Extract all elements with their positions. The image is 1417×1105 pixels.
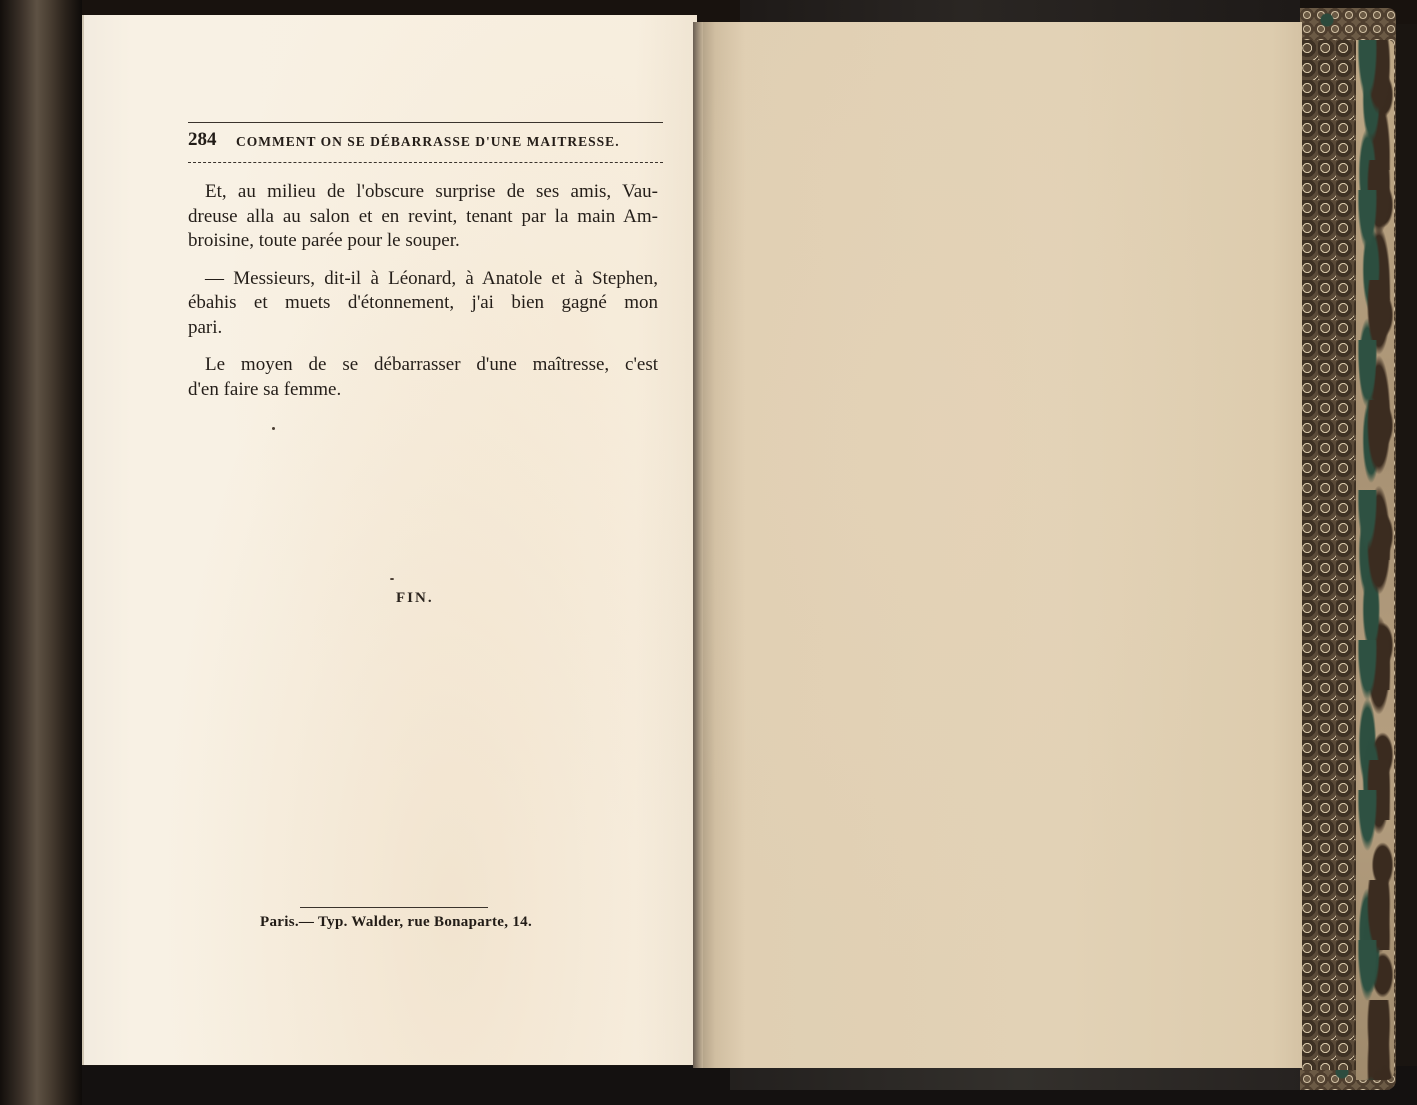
- text-line: broisine, toute parée pour le souper.: [188, 229, 658, 254]
- paragraph-3: Le moyen de se débarrasser d'une maîtres…: [188, 353, 658, 402]
- marbled-endpaper-strip: [1300, 40, 1357, 1070]
- page-number: 284: [188, 129, 217, 151]
- end-mark: FIN.: [396, 590, 434, 607]
- text-line: pari.: [188, 316, 658, 341]
- imprint-rule: [300, 907, 488, 908]
- paper-speck: [390, 578, 394, 580]
- cover-edge-top: [740, 0, 1300, 22]
- book-spine-edge: [0, 0, 82, 1105]
- body-text: Et, au milieu de l'obscure surprise de s…: [188, 180, 658, 415]
- text-line: ébahis et muets d'étonnement, j'ai bien …: [188, 291, 658, 316]
- text-line: Le moyen de se débarrasser d'une maîtres…: [188, 353, 658, 378]
- paragraph-1: Et, au milieu de l'obscure surprise de s…: [188, 180, 658, 254]
- printer-imprint: Paris.— Typ. Walder, rue Bonaparte, 14.: [260, 914, 532, 931]
- book-gutter: [693, 22, 703, 1068]
- header-rule-top: [188, 122, 663, 123]
- cover-edge-bottom: [730, 1068, 1310, 1090]
- text-line: dreuse alla au salon et en revint, tenan…: [188, 205, 658, 230]
- right-page-blank: [697, 22, 1302, 1068]
- running-head-title: COMMENT ON SE DÉBARRASSE D'UNE MAITRESSE…: [236, 134, 620, 150]
- text-line: Et, au milieu de l'obscure surprise de s…: [188, 180, 658, 205]
- text-line: d'en faire sa femme.: [188, 378, 658, 403]
- running-head: 284 COMMENT ON SE DÉBARRASSE D'UNE MAITR…: [188, 118, 663, 168]
- paragraph-2: — Messieurs, dit-il à Léonard, à Anatole…: [188, 267, 658, 341]
- paper-speck: [272, 427, 275, 430]
- header-rule-bottom: [188, 162, 663, 163]
- text-line: — Messieurs, dit-il à Léonard, à Anatole…: [188, 267, 658, 292]
- mottled-cover-edge: [1356, 40, 1394, 1080]
